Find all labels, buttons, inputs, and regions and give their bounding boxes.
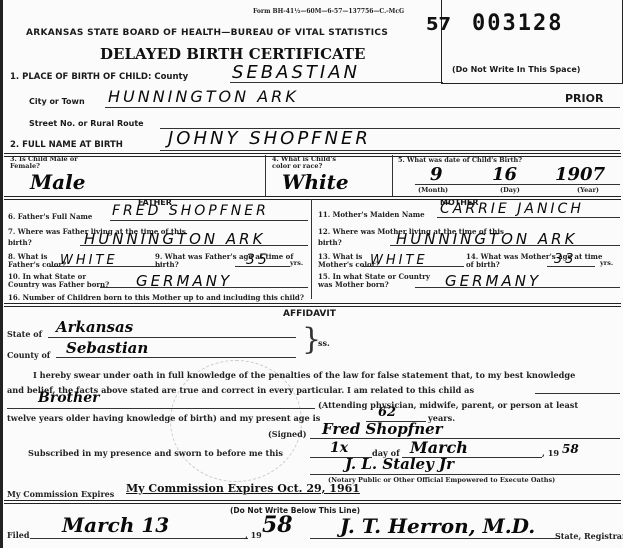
affidavit-text-3: (Attending physician, midwife, parent, o… (318, 400, 578, 410)
filed-label: Filed (7, 530, 29, 540)
city-label: City or Town (29, 97, 85, 106)
office-use-box: 57 003128 (Do Not Write In This Space) (441, 0, 623, 84)
mother-name-label: 11. Mother's Maiden Name (318, 210, 425, 219)
cert-prefix: 57 (426, 14, 451, 35)
sworn-day: 1x (330, 440, 348, 456)
document-title: DELAYED BIRTH CERTIFICATE (100, 45, 365, 63)
scan-border (0, 0, 3, 548)
race-value: White (282, 170, 349, 194)
sworn-text: Subscribed in my presence and sworn to b… (28, 448, 283, 458)
mother-residence-value: HUNNINGTON ARK (396, 230, 577, 248)
full-name-value: JOHNY SHOPFNER (168, 128, 371, 149)
place-of-birth-label: 1. PLACE OF BIRTH OF CHILD: County (10, 72, 188, 82)
commission-label: My Commission Expires (7, 489, 114, 499)
field-line (437, 217, 620, 218)
field-line (56, 357, 296, 358)
full-name-line (160, 150, 620, 151)
filed-date: March 13 (62, 513, 169, 537)
commission-stamp: My Commission Expires Oct. 29, 1961 (126, 482, 360, 495)
registrar-line (310, 538, 560, 539)
affiant-age: 62 (378, 405, 396, 420)
field-line (30, 538, 248, 539)
father-name-label: 6. Father's Full Name (8, 212, 92, 221)
father-residence-value: HUNNINGTON ARK (84, 230, 265, 248)
yrs-label: yrs. (600, 259, 613, 267)
divider (392, 155, 393, 197)
field-line (110, 220, 308, 221)
race-label: 4. What is Child's color or race? (272, 156, 347, 170)
filed-year-prefix: , 19 (245, 530, 262, 540)
signed-label: (Signed) (268, 429, 306, 439)
county-label: County of (7, 350, 50, 360)
affidavit-text-4: twelve years older having knowledge of b… (7, 413, 320, 423)
full-name-label: 2. FULL NAME AT BIRTH (10, 140, 123, 150)
mother-age-value: 33 (554, 252, 577, 267)
county-value: SEBASTIAN (232, 62, 360, 83)
father-name-value: FRED SHOPFNER (112, 203, 269, 219)
father-birthplace-value: GERMANY (136, 272, 232, 290)
agency-name: ARKANSAS STATE BOARD OF HEALTH—BUREAU OF… (26, 28, 388, 38)
affidavit-heading: AFFIDAVIT (283, 309, 336, 319)
state-label: State of (7, 329, 42, 339)
divider (4, 303, 621, 307)
form-number: Form BH-41½—60M—6-57—137756—C.-McG (253, 8, 404, 15)
street-label: Street No. or Rural Route (29, 119, 144, 128)
affidavit-text-1: I hereby swear under oath in full knowle… (33, 370, 575, 380)
filed-year: 58 (262, 512, 293, 538)
children-count-label: 16. Number of Children born to this Moth… (8, 293, 304, 302)
birth-month: 9 (430, 164, 443, 185)
county-value: Sebastian (66, 339, 148, 357)
certificate-number: 003128 (472, 11, 563, 36)
field-line (535, 393, 620, 394)
month-caption: (Month) (418, 186, 448, 194)
divider (311, 199, 312, 299)
affiant-signature: Fred Shopfner (322, 420, 443, 438)
father-age-value: 35 (246, 252, 270, 268)
divider (4, 196, 621, 200)
field-line (48, 337, 296, 338)
birth-year: 1907 (555, 164, 605, 185)
mother-color-value: WHITE (370, 253, 428, 268)
divider (4, 500, 621, 504)
father-birthplace-label: 10. In what State or Country was Father … (8, 273, 113, 289)
state-value: Arkansas (56, 318, 133, 336)
city-value: HUNNINGTON ARK (108, 87, 299, 106)
birth-day: 16 (492, 164, 517, 185)
notary-signature: J. L. Staley Jr (345, 455, 454, 473)
city-line (105, 107, 620, 108)
birth-date-label: 5. What was date of Child's Birth? (398, 156, 522, 164)
delayed-birth-certificate: Form BH-41½—60M—6-57—137756—C.-McG ARKAN… (0, 0, 623, 548)
notary-line (310, 474, 620, 475)
ss-label: ss. (318, 338, 330, 348)
year-caption: (Year) (577, 186, 599, 194)
sworn-year: 58 (562, 442, 579, 456)
sex-label: 3. Is Child Male or Female? (10, 156, 90, 170)
divider (265, 155, 266, 197)
registrar-signature: J. T. Herron, M.D. (340, 514, 535, 538)
relation-value: Brother (38, 390, 99, 406)
year-prefix: , 19 (542, 448, 559, 458)
registrar-label: State, Registrar (555, 531, 623, 541)
day-caption: (Day) (500, 186, 520, 194)
notary-caption: (Notary Public or Other Official Empower… (328, 476, 555, 484)
father-color-value: WHITE (60, 253, 118, 268)
yrs-label: yrs. (290, 259, 303, 267)
office-use-note: (Do Not Write In This Space) (452, 65, 580, 74)
mother-name-value: CARRIE JANICH (440, 201, 584, 217)
prior-stamp: PRIOR (565, 92, 603, 105)
mother-birthplace-value: GERMANY (445, 272, 541, 290)
sex-value: Male (30, 170, 85, 194)
field-line (7, 408, 315, 409)
